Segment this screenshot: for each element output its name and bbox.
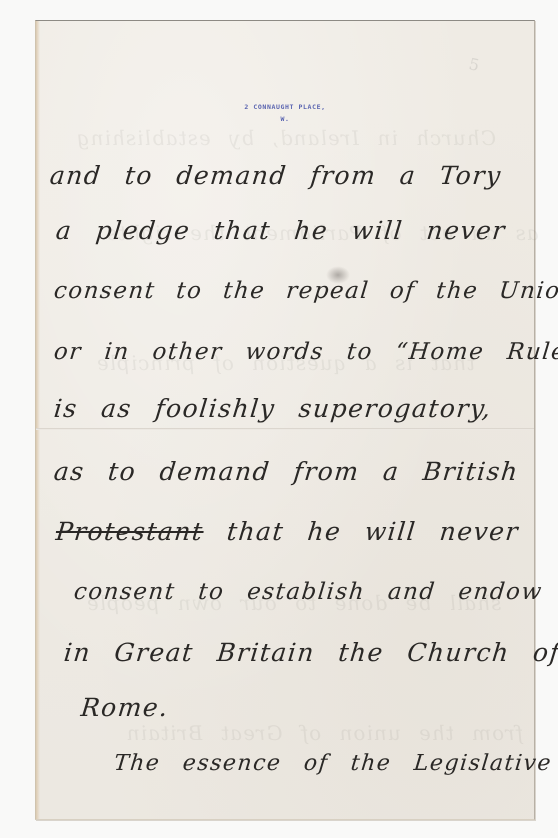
handwritten-line-7: Protestant that he will never [54, 517, 520, 546]
handwritten-line-9: in Great Britain the Church of [62, 638, 558, 667]
letter-page: Church in Ireland, by establishing as an… [35, 20, 535, 820]
handwritten-line-3: consent to the repeal of the Union, [53, 278, 558, 304]
letterhead-district: W. [36, 113, 534, 125]
scanned-document: Church in Ireland, by establishing as an… [0, 0, 558, 838]
handwritten-line-8: consent to establish and endow [73, 579, 544, 605]
handwritten-line-1: and to demand from a Tory [48, 161, 503, 190]
handwritten-line-2: a pledge that he will never [54, 216, 507, 245]
bleed-through-text: Church in Ireland, by establishing [75, 126, 498, 150]
handwritten-line-4: or in other words to “Home Rule,” [53, 339, 558, 365]
handwritten-line-5: is as foolishly superogatory, [52, 394, 493, 423]
page-number-mark: 5 [467, 54, 481, 75]
line-continuation: that he will never [202, 517, 520, 546]
handwritten-line-6: as to demand from a British [52, 457, 520, 486]
paper-fold-crease [36, 428, 534, 430]
letterhead-address: 2 CONNAUGHT PLACE, [36, 101, 534, 113]
handwritten-line-11: The essence of the Legislative [113, 751, 554, 776]
bleed-through-text: from the union of Great Britain [125, 721, 525, 745]
struck-word: Protestant [54, 517, 205, 546]
letterhead: 2 CONNAUGHT PLACE, W. [36, 101, 534, 125]
handwritten-line-10: Rome. [79, 693, 170, 722]
